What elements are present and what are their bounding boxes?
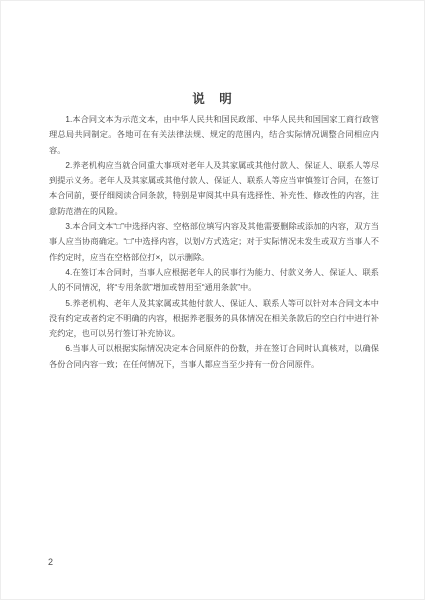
paragraph-3: 3.本合同文本“□”中选择内容、空格部位填写内容及其他需要删除或添加的内容，双方… — [49, 219, 379, 265]
paragraph-4: 4.在签订本合同时，当事人应根据老年人的民事行为能力、付款义务人、保证人、联系人… — [49, 265, 379, 296]
paragraph-5: 5.养老机构、老年人及其家属或其他付款人、保证人、联系人等可以针对本合同文本中没… — [49, 296, 379, 342]
page-title: 说 明 — [1, 89, 424, 107]
paragraph-2: 2.养老机构应当就合同重大事项对老年人及其家属或其他付款人、保证人、联系人等尽到… — [49, 158, 379, 219]
page-number: 2 — [48, 557, 53, 567]
document-body: 1.本合同文本为示范文本，由中华人民共和国民政部、中华人民共和国国家工商行政管理… — [49, 112, 379, 372]
paragraph-1: 1.本合同文本为示范文本，由中华人民共和国民政部、中华人民共和国国家工商行政管理… — [49, 112, 379, 158]
paragraph-6: 6.当事人可以根据实际情况决定本合同原件的份数，并在签订合同时认真核对，以确保各… — [49, 341, 379, 372]
document-page: 说 明 1.本合同文本为示范文本，由中华人民共和国民政部、中华人民共和国国家工商… — [0, 0, 425, 600]
